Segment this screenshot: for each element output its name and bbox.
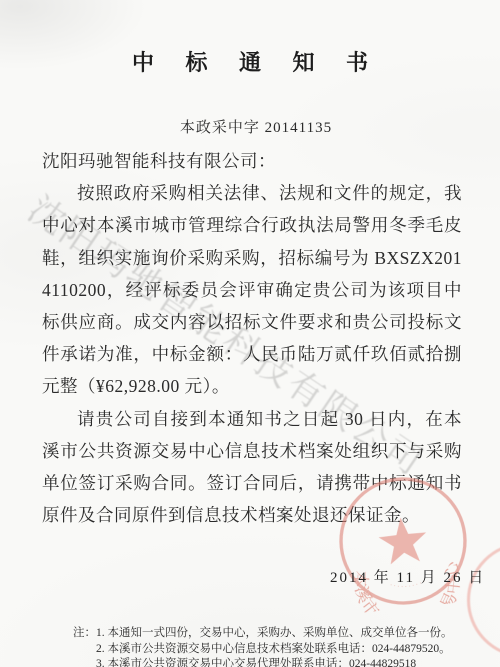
document-body: 沈阳玛驰智能科技有限公司： 按照政府采购相关法律、法规和文件的规定，我中心对本溪… (42, 145, 462, 531)
issue-date: 2014 年 11 月 26 日 (330, 566, 485, 587)
note-agency-phone: 3. 本溪市公共资源交易中心交易代理处联系电话：024-44829518 (96, 657, 493, 667)
note-copies: 1. 本通知一式四份，交易中心，采购办、采购单位、成交单位各一份。 (96, 626, 493, 642)
notes-label: 注： (73, 626, 96, 642)
scanned-document-page: 沈阳玛驰智能科技有限公司 中 标 通 知 书 本政采中字 20141135 沈阳… (0, 0, 500, 667)
notes-list: 1. 本通知一式四份，交易中心，采购办、采购单位、成交单位各一份。 2. 本溪市… (96, 626, 493, 667)
document-title: 中 标 通 知 书 (0, 46, 500, 77)
footer-notes: 注： 1. 本通知一式四份，交易中心，采购办、采购单位、成交单位各一份。 2. … (73, 626, 493, 667)
award-paragraph: 按照政府采购相关法律、法规和文件的规定，我中心对本溪市城市管理综合行政执法局警用… (42, 177, 462, 402)
contract-instruction-paragraph: 请贵公司自接到本通知书之日起 30 日内，在本溪市公共资源交易中心信息技术档案处… (42, 403, 462, 532)
recipient-company-line: 沈阳玛驰智能科技有限公司： (42, 145, 462, 177)
document-reference-number: 本政采中字 20141135 (0, 116, 500, 137)
note-archives-phone: 2. 本溪市公共资源交易中心信息技术档案处联系电话：024-44879520。 (96, 642, 493, 658)
